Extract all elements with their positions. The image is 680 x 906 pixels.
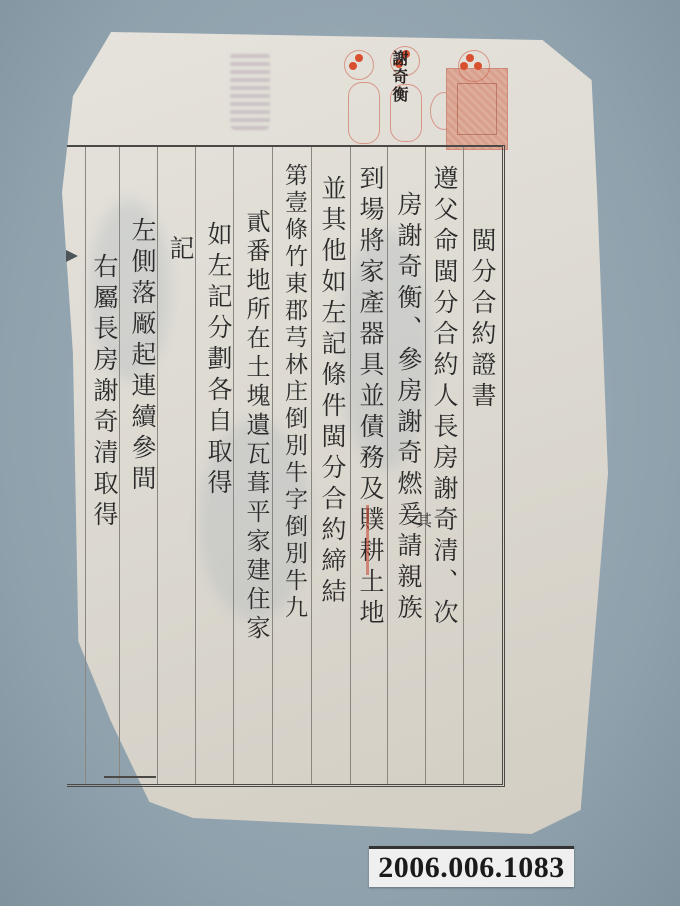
text-column: 貳番地所在土塊遺瓦葺平家建住家 <box>237 209 275 644</box>
text-column: 右屬長房謝奇清取得 <box>85 253 123 532</box>
seal-mark <box>349 62 357 70</box>
accession-label: 2006.006.1083 <box>369 846 574 887</box>
seal-oval <box>348 82 380 144</box>
revenue-stamp-emblem <box>457 83 497 135</box>
text-column: 第壹條竹東郡芎林庄倒別牛字倒別牛九 <box>275 163 313 622</box>
document-title: 閩分合約證書 <box>463 227 501 413</box>
text-column: 如左記分劃各自取得 <box>199 221 237 500</box>
seal-mark <box>474 62 482 70</box>
text-column: 並其他如左記條件閩分合約締結 <box>313 175 351 609</box>
faded-seal-stamp <box>230 52 270 130</box>
ruled-frame: 閩分合約證書 遵父命閩分合約人長房謝奇清、次 房謝奇衡、參房謝奇燃爰請親族 到場… <box>67 145 505 787</box>
seal-mark <box>466 54 474 62</box>
text-column: 房謝奇衡、參房謝奇燃爰請親族 <box>389 191 427 625</box>
text-column: 遵父命閩分合約人長房謝奇清、次 <box>425 165 463 630</box>
text-column: 記 <box>161 235 199 266</box>
text-column: 到場將家產器具並債務及贌耕土地 <box>351 165 389 630</box>
signature: 謝奇衡 <box>388 50 411 104</box>
red-correction-mark <box>366 505 369 575</box>
seal-mark <box>355 54 363 62</box>
text-column: 左側落厰起連續參間 <box>123 217 161 496</box>
seal-mark <box>460 62 468 70</box>
marginal-note: 其 <box>416 508 432 531</box>
frame-rule <box>104 776 156 778</box>
